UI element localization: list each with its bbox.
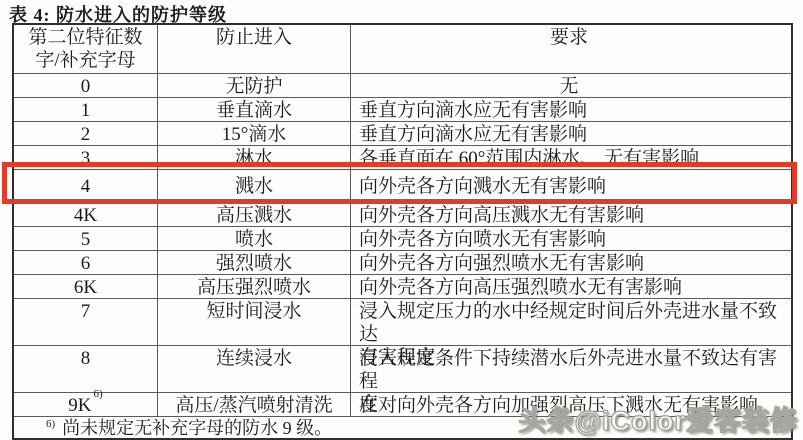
cell-protection: 高压强烈喷水: [157, 275, 350, 298]
cell-requirement: 浸入规定压力的水中经规定时间后外壳进水量不致达 有害程度: [350, 299, 791, 345]
cell-protection: 强烈喷水: [157, 251, 350, 274]
table-row-6: 6 强烈喷水 向外壳各方向强烈喷水无有害影响: [14, 250, 791, 274]
cell-code: 6K: [14, 275, 157, 298]
cell-protection: 淋水: [157, 146, 350, 169]
cell-code: 1: [14, 98, 157, 121]
cell-code: 8: [14, 346, 157, 392]
header-code: 第二位特征数 字/补充字母: [14, 25, 157, 73]
cell-requirement: 向外壳各方向高压强烈喷水无有害影响: [350, 275, 791, 298]
cell-protection: 无防护: [157, 74, 350, 97]
cell-protection: 15°滴水: [157, 122, 350, 145]
cell-code: 4: [14, 170, 157, 202]
cell-protection: 连续浸水: [157, 346, 350, 392]
cell-requirement: 向外壳各方向强烈喷水无有害影响: [350, 251, 791, 274]
cell-code: 5: [14, 227, 157, 250]
cell-protection: 高压溅水: [157, 203, 350, 226]
header-protection: 防止进入: [157, 25, 350, 73]
cell-requirement: 向外壳各方向喷水无有害影响: [350, 227, 791, 250]
protection-rating-table: 第二位特征数 字/补充字母 防止进入 要求 0 无防护 无 1 垂直滴水 垂直方…: [12, 23, 793, 440]
table-row-0: 0 无防护 无: [14, 73, 791, 97]
document-page: 表 4: 防水进入的防护等级 第二位特征数 字/补充字母 防止进入 要求 0 无…: [0, 0, 803, 440]
cell-requirement: 向外壳各方向溅水无有害影响: [350, 170, 791, 202]
cell-protection: 短时间浸水: [157, 299, 350, 345]
cell-requirement: 各垂直面在 60°范围内淋水、 无有害影响: [350, 146, 791, 169]
cell-protection: 垂直滴水: [157, 98, 350, 121]
watermark: 头条@iColor爱客装修: [519, 399, 798, 438]
table-row-8: 8 连续浸水 浸入规定条件下持续潜水后外壳进水量不致达有害程 度: [14, 345, 791, 392]
footnote-marker: 6): [46, 418, 55, 430]
cell-requirement: 垂直方向滴水应无有害影响: [350, 98, 791, 121]
cell-code: 3: [14, 146, 157, 169]
table-row-5: 5 喷水 向外壳各方向喷水无有害影响: [14, 226, 791, 250]
cell-protection: 溅水: [157, 170, 350, 202]
cell-code: 2: [14, 122, 157, 145]
cell-requirement: 无: [350, 74, 791, 97]
table-header-row: 第二位特征数 字/补充字母 防止进入 要求: [14, 25, 791, 73]
cell-code: 6: [14, 251, 157, 274]
cell-requirement: 浸入规定条件下持续潜水后外壳进水量不致达有害程 度: [350, 346, 791, 392]
table-row-4K: 4K 高压溅水 向外壳各方向高压溅水无有害影响: [14, 202, 791, 226]
cell-protection: 喷水: [157, 227, 350, 250]
cell-requirement: 垂直方向滴水应无有害影响: [350, 122, 791, 145]
cell-code: 9K6): [14, 393, 157, 416]
table-row-7: 7 短时间浸水 浸入规定压力的水中经规定时间后外壳进水量不致达 有害程度: [14, 298, 791, 345]
cell-code: 0: [14, 74, 157, 97]
table-row-1: 1 垂直滴水 垂直方向滴水应无有害影响: [14, 97, 791, 121]
cell-protection: 高压/蒸汽喷射清洗: [157, 393, 350, 416]
footnote-text: 尚未规定无补充字母的防水 9 级。: [62, 418, 332, 438]
cell-code: 4K: [14, 203, 157, 226]
table-row-3: 3 淋水 各垂直面在 60°范围内淋水、 无有害影响: [14, 145, 791, 169]
table-row-6K: 6K 高压强烈喷水 向外壳各方向高压强烈喷水无有害影响: [14, 274, 791, 298]
header-requirement: 要求: [350, 25, 791, 73]
table-row-4-highlighted: 4 溅水 向外壳各方向溅水无有害影响: [14, 169, 791, 202]
table-row-2: 2 15°滴水 垂直方向滴水应无有害影响: [14, 121, 791, 145]
cell-requirement: 向外壳各方向高压溅水无有害影响: [350, 203, 791, 226]
cell-code: 7: [14, 299, 157, 345]
